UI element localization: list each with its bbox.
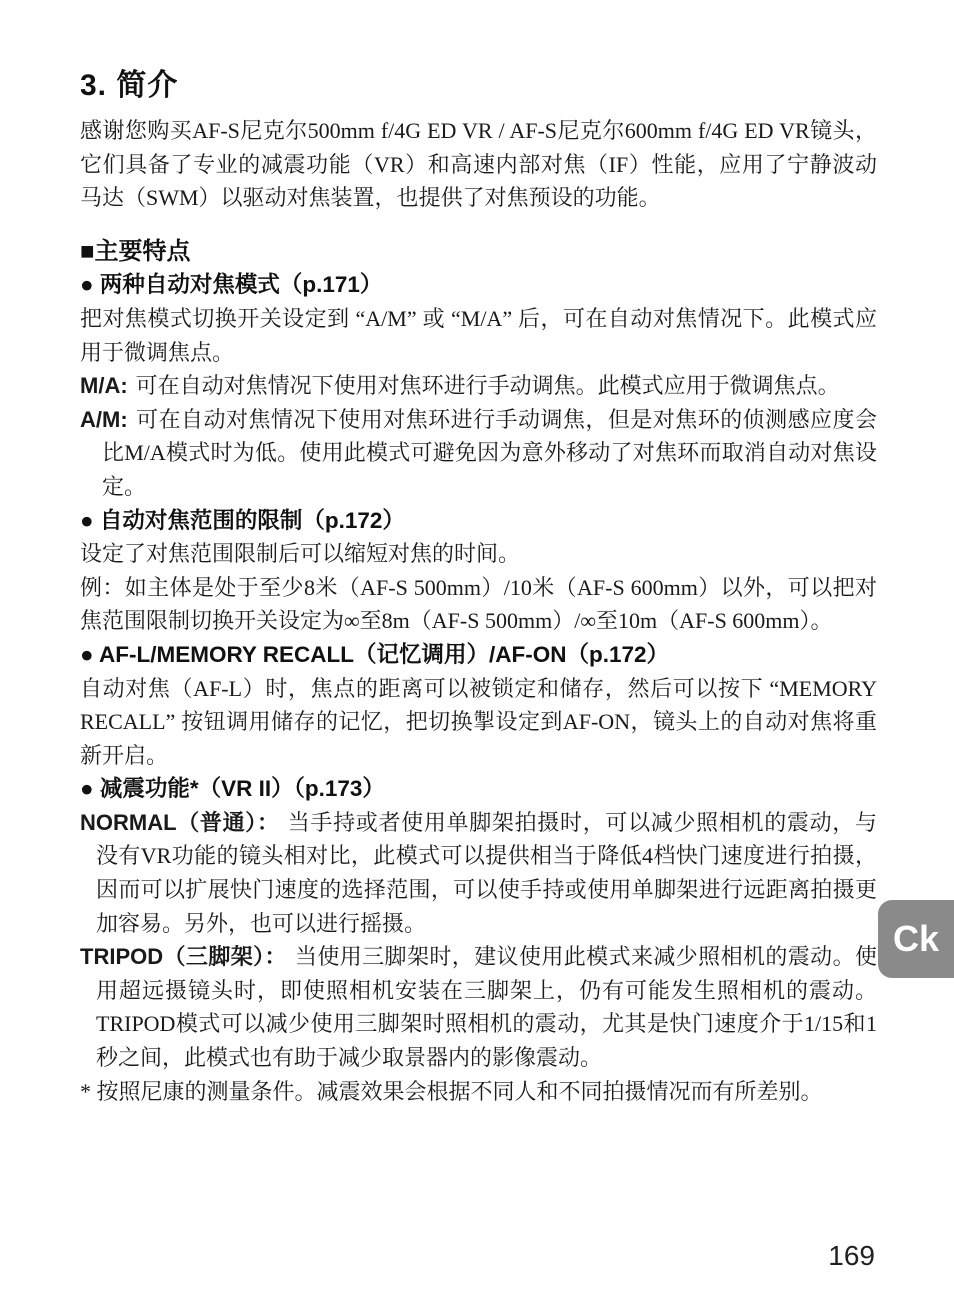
feature-heading-vr: ● 减震功能*（VR II）（p.173） bbox=[80, 772, 877, 806]
section-header-main-features: ■主要特点 bbox=[80, 235, 877, 269]
feature-heading-memory-recall: ● AF-L/MEMORY RECALL（记忆调用）/AF-ON（p.172） bbox=[80, 638, 877, 672]
vr-mode-normal: NORMAL（普通）：当手持或者使用单脚架拍摄时，可以减少照相机的震动，与没有V… bbox=[80, 806, 877, 940]
vr-mode-label-tripod: TRIPOD（三脚架）： bbox=[80, 944, 287, 969]
page-number: 169 bbox=[828, 1240, 875, 1272]
mode-item-am: A/M:可在自动对焦情况下使用对焦环进行手动调焦，但是对焦环的侦测感应度会比M/… bbox=[80, 403, 877, 504]
mode-item-ma: M/A:可在自动对焦情况下使用对焦环进行手动调焦。此模式应用于微调焦点。 bbox=[80, 369, 877, 403]
vr-mode-label-normal: NORMAL（普通）： bbox=[80, 810, 280, 835]
chapter-side-tab: Ck bbox=[878, 900, 954, 978]
vr-footnote: * 按照尼康的测量条件。减震效果会根据不同人和不同拍摄情况而有所差别。 bbox=[80, 1075, 877, 1109]
mode-text-ma: 可在自动对焦情况下使用对焦环进行手动调焦。此模式应用于微调焦点。 bbox=[136, 373, 840, 398]
feature-heading-af-modes: ● 两种自动对焦模式（p.171） bbox=[80, 268, 877, 302]
mode-text-am: 可在自动对焦情况下使用对焦环进行手动调焦，但是对焦环的侦测感应度会比M/A模式时… bbox=[102, 407, 877, 499]
feature-af-range-intro: 设定了对焦范围限制后可以缩短对焦的时间。 bbox=[80, 537, 877, 571]
mode-label-am: A/M: bbox=[80, 407, 128, 432]
feature-af-range-example: 例：如主体是处于至少8米（AF-S 500mm）/10米（AF-S 600mm）… bbox=[80, 571, 877, 638]
manual-page: 3. 简介 感谢您购买AF-S尼克尔500mm f/4G ED VR / AF-… bbox=[0, 0, 954, 1311]
page-title: 3. 简介 bbox=[80, 68, 877, 104]
feature-heading-af-range-limit: ● 自动对焦范围的限制（p.172） bbox=[80, 504, 877, 538]
feature-af-modes-intro: 把对焦模式切换开关设定到 “A/M” 或 “M/A” 后，可在自动对焦情况下。此… bbox=[80, 302, 877, 369]
page-content: 3. 简介 感谢您购买AF-S尼克尔500mm f/4G ED VR / AF-… bbox=[80, 68, 877, 1108]
intro-paragraph: 感谢您购买AF-S尼克尔500mm f/4G ED VR / AF-S尼克尔60… bbox=[80, 114, 877, 215]
chapter-side-tab-label: Ck bbox=[893, 921, 939, 957]
vr-mode-tripod: TRIPOD（三脚架）：当使用三脚架时，建议使用此模式来减少照相机的震动。使用超… bbox=[80, 940, 877, 1074]
mode-label-ma: M/A: bbox=[80, 373, 128, 398]
feature-memory-recall-text: 自动对焦（AF-L）时，焦点的距离可以被锁定和储存，然后可以按下 “MEMORY… bbox=[80, 672, 877, 773]
